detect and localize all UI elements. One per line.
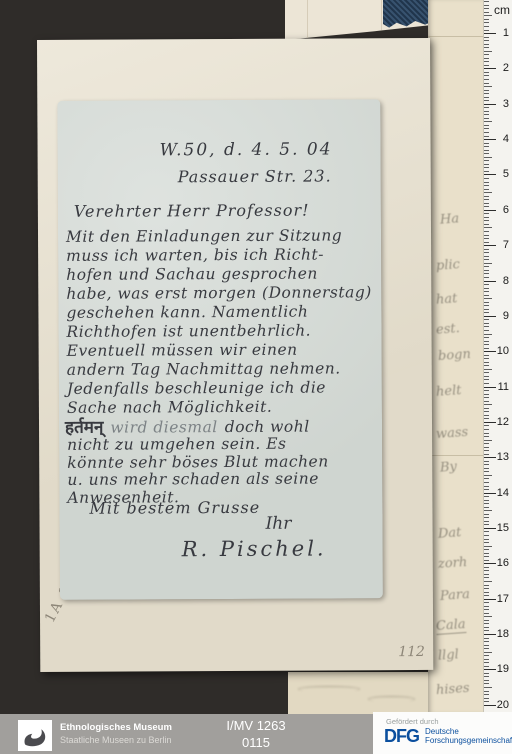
ruler-tick	[484, 291, 489, 292]
ruler-tick	[484, 521, 489, 522]
letter-address: Passauer Str. 23.	[178, 166, 332, 186]
ruler-number: 4	[491, 133, 509, 145]
ruler-tick	[484, 691, 489, 692]
ruler-tick	[484, 118, 489, 119]
eagle-icon	[20, 722, 50, 749]
ruler-tick	[484, 496, 489, 497]
ruler-tick	[484, 220, 489, 221]
ruler-tick	[484, 581, 492, 582]
ruler-tick	[484, 54, 489, 55]
ruler-tick	[484, 26, 489, 27]
ruler-tick	[484, 334, 492, 335]
ruler-tick	[484, 613, 489, 614]
pencil-scribble	[298, 686, 360, 692]
ruler-tick	[484, 150, 489, 151]
ruler-tick	[484, 531, 489, 532]
letter-closing: Mit bestem Grusse	[89, 498, 260, 518]
faint-pencil-words: wird diesmal	[110, 418, 217, 437]
ruler-tick	[484, 507, 489, 508]
ruler-tick	[484, 570, 489, 571]
ruler-tick	[484, 687, 492, 688]
ruler-tick	[484, 1, 489, 2]
ruler-tick	[484, 8, 489, 9]
ruler-tick	[484, 259, 489, 260]
handwriting-fragment: llgl	[438, 647, 460, 663]
ruler-tick	[484, 694, 489, 695]
ruler-tick	[484, 489, 489, 490]
ruler-tick	[484, 277, 489, 278]
ruler-tick	[484, 270, 489, 271]
ruler-tick	[484, 680, 489, 681]
paper-crease	[307, 0, 308, 40]
ruler-tick	[484, 302, 489, 303]
ruler-tick	[484, 450, 489, 451]
scan-viewport: Haplichatest.bognheltwassByDatzorhParaCa…	[0, 0, 512, 754]
museum-label: Ethnologisches Museum Staatliche Museen …	[60, 722, 172, 745]
handwriting-fragment: Ha	[440, 211, 460, 227]
ruler-tick	[484, 153, 489, 154]
ruler-tick	[484, 461, 489, 462]
ruler-tick	[484, 577, 489, 578]
ruler-tick	[484, 196, 489, 197]
ruler-tick	[484, 256, 489, 257]
ruler-tick	[484, 22, 489, 23]
ruler-tick	[484, 90, 489, 91]
ruler-tick	[484, 309, 489, 310]
ruler-tick	[484, 383, 489, 384]
ruler-tick	[484, 482, 489, 483]
ruler-tick	[484, 701, 489, 702]
ruler-tick	[484, 75, 489, 76]
ruler-tick	[484, 539, 489, 540]
ruler-tick	[484, 263, 492, 264]
ruler-number: 15	[491, 522, 509, 534]
handwriting-fragment: hises	[436, 681, 471, 698]
ruler-tick	[484, 305, 489, 306]
ruler-tick	[484, 397, 489, 398]
ruler-tick	[484, 503, 489, 504]
ruler-tick	[484, 404, 492, 405]
inventory-number: I/MV 1263 0115	[216, 718, 296, 750]
ruler-tick	[484, 298, 492, 299]
paper-crease	[381, 0, 382, 40]
ruler-tick	[484, 295, 489, 296]
ruler-tick	[484, 376, 489, 377]
letter-line: nicht zu umgehen sein. Es	[67, 435, 329, 454]
letter-line: hofen und Sachau gesprochen	[66, 264, 372, 285]
ruler-tick	[484, 114, 489, 115]
ruler-tick	[484, 61, 489, 62]
ruler-tick	[484, 471, 489, 472]
background-paper-bottom	[288, 672, 428, 714]
ruler-tick	[484, 199, 489, 200]
ruler-tick	[484, 47, 489, 48]
ruler-tick	[484, 136, 489, 137]
ruler-number: 11	[491, 381, 509, 393]
ruler-tick	[484, 433, 489, 434]
ruler-tick	[484, 560, 489, 561]
ruler-tick	[484, 79, 489, 80]
ruler-number: 14	[491, 487, 509, 499]
ruler-number: 9	[491, 310, 509, 322]
dfg-funding-panel: Gefördert durch DFG Deutsche Forschungsg…	[373, 712, 512, 754]
handwriting-fragment: By	[439, 459, 457, 475]
ruler-tick	[484, 107, 489, 108]
ruler-number: 2	[491, 62, 509, 74]
ruler-number: 13	[491, 451, 509, 463]
ruler-tick	[484, 30, 489, 31]
ruler-tick	[484, 648, 489, 649]
adjacent-page-edge: Haplichatest.bognheltwassByDatzorhParaCa…	[428, 0, 483, 713]
letter-line: geschehen kann. Namentlich	[66, 302, 372, 323]
ruler-tick	[484, 252, 489, 253]
museum-name: Ethnologisches Museum	[60, 722, 172, 733]
ruler-tick	[484, 379, 489, 380]
dfg-name-line2: Forschungsgemeinschaft	[425, 736, 512, 745]
ruler-number: 20	[491, 699, 509, 711]
ruler-tick	[484, 344, 489, 345]
ruler-tick	[484, 645, 489, 646]
mount-card: 1A 0981 112 W.50, d. 4. 5. 04 Passauer S…	[37, 38, 433, 672]
ruler-tick	[484, 128, 489, 129]
ruler-tick	[484, 160, 489, 161]
ruler-tick	[484, 238, 489, 239]
ruler-tick	[484, 440, 492, 441]
paper-crease	[428, 455, 483, 456]
ruler-tick	[484, 37, 489, 38]
ruler-tick	[484, 203, 489, 204]
ruler-tick	[484, 401, 489, 402]
ruler-tick	[484, 348, 489, 349]
letter-page: W.50, d. 4. 5. 04 Passauer Str. 23. Vere…	[57, 99, 383, 600]
letter-body-lower: nicht zu umgehen sein. Eskönnte sehr bös…	[67, 435, 329, 506]
ruler-tick	[484, 415, 489, 416]
ruler-tick	[484, 514, 489, 515]
ruler-tick	[484, 19, 489, 20]
handwriting-fragment: Dat	[438, 525, 462, 542]
ruler-tick	[484, 171, 489, 172]
ruler-tick	[484, 224, 489, 225]
letter-line: Jedenfalls beschleunige ich die	[67, 378, 373, 399]
ruler-tick	[484, 535, 489, 536]
letter-body-upper: Mit den Einladungen zur Sitzungmuss ich …	[66, 226, 372, 418]
ruler-number: 16	[491, 557, 509, 569]
ruler-tick	[484, 337, 489, 338]
ruler-tick	[484, 592, 489, 593]
ruler-tick	[484, 683, 489, 684]
ruler-tick	[484, 595, 489, 596]
ruler-tick	[484, 319, 489, 320]
ruler-tick	[484, 125, 489, 126]
ruler-tick	[484, 443, 489, 444]
ruler-tick	[484, 549, 489, 550]
ruler-tick	[484, 464, 489, 465]
letter-line: Richthofen ist unentbehrlich.	[66, 321, 372, 342]
ruler-tick	[484, 97, 489, 98]
ruler-tick	[484, 178, 489, 179]
ruler-tick	[484, 609, 489, 610]
ruler-tick	[484, 475, 492, 476]
dfg-full-name: Deutsche Forschungsgemeinschaft	[425, 727, 512, 745]
letter-line: Mit den Einladungen zur Sitzung	[66, 226, 372, 247]
ruler-tick	[484, 40, 489, 41]
dfg-logo-row: DFG Deutsche Forschungsgemeinschaft	[384, 727, 512, 745]
ruler-tick	[484, 542, 489, 543]
funder-prefix: Gefördert durch	[386, 717, 439, 726]
ruler-number: 18	[491, 628, 509, 640]
ruler-tick	[484, 369, 492, 370]
dfg-name-line1: Deutsche	[425, 727, 459, 736]
ruler-tick	[484, 355, 489, 356]
letter-line: muss ich warten, bis ich Richt-	[66, 245, 372, 266]
ruler-tick	[484, 588, 489, 589]
ruler-tick	[484, 365, 489, 366]
ruler-tick	[484, 249, 489, 250]
ruler-tick	[484, 641, 489, 642]
ruler-tick	[484, 51, 492, 52]
ruler-tick	[484, 372, 489, 373]
smb-eagle-logo	[18, 720, 52, 751]
ruler-tick	[484, 72, 489, 73]
ruler-tick	[484, 185, 489, 186]
ruler-tick	[484, 408, 489, 409]
handwriting-fragment: helt	[436, 383, 462, 400]
ruler-tick	[484, 602, 489, 603]
letter-signature: R. Pischel.	[182, 536, 327, 561]
ruler-tick	[484, 12, 489, 13]
ruler-tick	[484, 15, 492, 16]
ruler-tick	[484, 93, 489, 94]
ruler-tick	[484, 418, 489, 419]
ruler-tick	[484, 312, 489, 313]
ruler-number: 1	[491, 27, 509, 39]
ruler-tick	[484, 425, 489, 426]
handwriting-fragment: zorh	[438, 555, 468, 572]
ruler-tick	[484, 630, 489, 631]
letter-line: Eventuell müssen wir einen	[67, 340, 373, 361]
ruler-tick	[484, 86, 492, 87]
ruler-tick	[484, 284, 489, 285]
ruler-tick	[484, 638, 489, 639]
ruler-number: 6	[491, 204, 509, 216]
ruler-tick	[484, 616, 492, 617]
ruler-tick	[484, 206, 489, 207]
page-number-pencil: 112	[398, 644, 425, 660]
ruler-tick	[484, 358, 489, 359]
ruler-tick	[484, 235, 489, 236]
ruler-tick	[484, 157, 492, 158]
ruler-tick	[484, 65, 489, 66]
ruler-tick	[484, 273, 489, 274]
letter-date: W.50, d. 4. 5. 04	[160, 139, 333, 160]
ruler-tick	[484, 623, 489, 624]
ruler-number: 19	[491, 663, 509, 675]
ruler-tick	[484, 266, 489, 267]
pencil-scribble	[368, 696, 415, 702]
ink-words: doch wohl	[225, 418, 310, 436]
ruler-tick	[484, 164, 489, 165]
ruler-tick	[484, 217, 489, 218]
ruler-tick	[484, 288, 489, 289]
ruler-tick	[484, 510, 492, 511]
ruler-tick	[484, 326, 489, 327]
ruler-number: 12	[491, 416, 509, 428]
ruler-tick	[484, 627, 489, 628]
ruler-tick	[484, 676, 489, 677]
handwriting-fragment: wass	[436, 425, 469, 442]
ruler-tick	[484, 231, 489, 232]
ruler-tick	[484, 111, 489, 112]
ruler-tick	[484, 213, 489, 214]
handwriting-fragment: Cala	[435, 617, 466, 635]
ruler-tick	[484, 121, 492, 122]
ruler-tick	[484, 666, 489, 667]
ruler-tick	[484, 146, 489, 147]
ruler-tick	[484, 567, 489, 568]
ruler-number: 7	[491, 239, 509, 251]
ruler-tick	[484, 5, 489, 6]
ruler-tick	[484, 394, 489, 395]
ruler-tick	[484, 546, 492, 547]
ruler-tick	[484, 500, 489, 501]
measurement-ruler: cm 1234567891011121314151617181920	[483, 0, 512, 713]
museum-subtitle: Staatliche Museen zu Berlin	[60, 735, 172, 745]
ruler-tick	[484, 132, 489, 133]
ruler-tick	[484, 662, 489, 663]
dfg-logo: DFG	[384, 727, 419, 745]
ruler-tick	[484, 585, 489, 586]
ruler-tick	[484, 58, 489, 59]
ruler-tick	[484, 486, 489, 487]
ruler-tick	[484, 192, 492, 193]
inventory-line1: I/MV 1263	[216, 718, 296, 733]
ruler-tick	[484, 620, 489, 621]
ruler-unit-label: cm	[494, 3, 510, 17]
ruler-tick	[484, 556, 489, 557]
ruler-tick	[484, 454, 489, 455]
ruler-tick	[484, 100, 489, 101]
ruler-tick	[484, 143, 489, 144]
letter-line: andern Tag Nachmittag nehmen.	[67, 359, 373, 380]
handwriting-fragment: est.	[436, 321, 461, 338]
ruler-tick	[484, 182, 489, 183]
ruler-tick	[484, 606, 489, 607]
ruler-tick	[484, 323, 489, 324]
ruler-number: 3	[491, 98, 509, 110]
ruler-number: 10	[491, 345, 509, 357]
ruler-tick	[484, 227, 492, 228]
ruler-tick	[484, 655, 489, 656]
ruler-tick	[484, 574, 489, 575]
ruler-tick	[484, 362, 489, 363]
ruler-tick	[484, 652, 492, 653]
ruler-tick	[484, 330, 489, 331]
handwriting-fragment: plic	[436, 257, 461, 274]
ruler-tick	[484, 429, 489, 430]
handwriting-fragment: hat	[436, 291, 458, 307]
handwriting-fragment: bogn	[438, 347, 472, 364]
letter-salutation: Verehrter Herr Professor!	[74, 201, 310, 221]
inventory-line2: 0115	[216, 735, 296, 750]
ruler-number: 5	[491, 168, 509, 180]
ruler-tick	[484, 411, 489, 412]
ruler-tick	[484, 659, 489, 660]
paper-crease	[428, 36, 483, 37]
ruler-tick	[484, 44, 489, 45]
ruler-tick	[484, 553, 489, 554]
ruler-tick	[484, 698, 489, 699]
ruler-tick	[484, 189, 489, 190]
ruler-tick	[484, 436, 489, 437]
ruler-tick	[484, 167, 489, 168]
letter-signoff: Ihr	[265, 514, 291, 534]
ruler-tick	[484, 390, 489, 391]
ruler-tick	[484, 673, 489, 674]
ruler-tick	[484, 447, 489, 448]
viewer-footer-bar: Ethnologisches Museum Staatliche Museen …	[0, 714, 373, 754]
letter-line: habe, was erst morgen (Donnerstag)	[66, 283, 372, 304]
ruler-number: 8	[491, 275, 509, 287]
ruler-tick	[484, 524, 489, 525]
ruler-tick	[484, 242, 489, 243]
ruler-tick	[484, 341, 489, 342]
handwriting-fragment: Para	[440, 587, 471, 604]
letter-line: u. uns mehr schaden als seine	[67, 470, 329, 489]
ruler-tick	[484, 478, 489, 479]
ruler-number: 17	[491, 593, 509, 605]
ruler-tick	[484, 517, 489, 518]
ruler-tick	[484, 83, 489, 84]
ruler-tick	[484, 468, 489, 469]
